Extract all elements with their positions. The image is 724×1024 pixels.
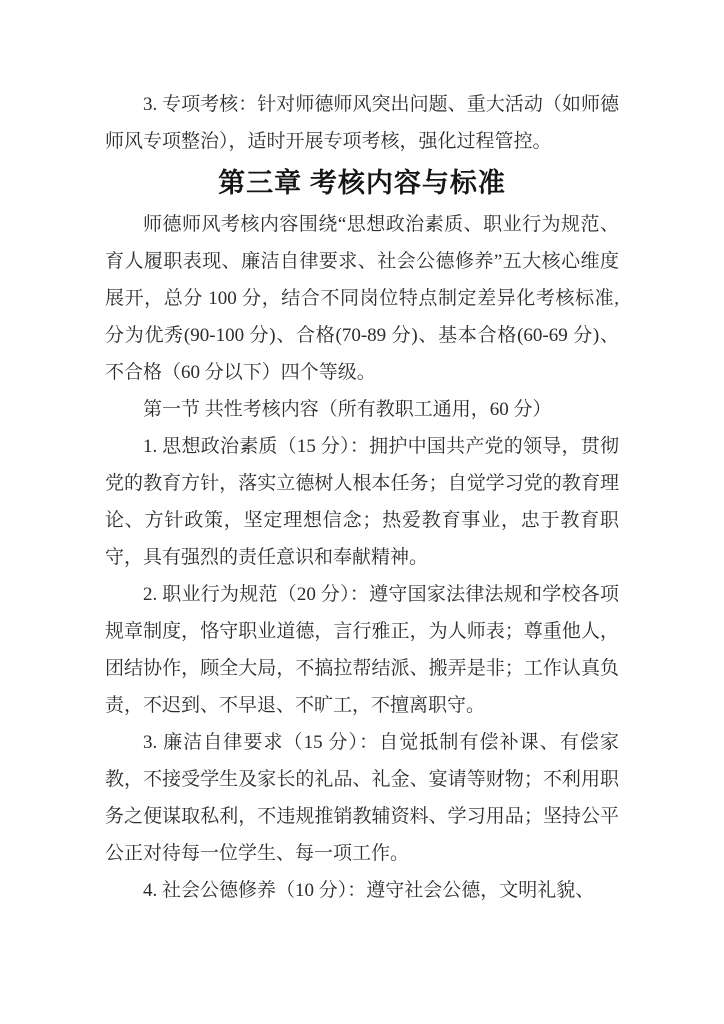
- body-paragraph: 3. 专项考核：针对师德师风突出问题、重大活动（如师德师风专项整治），适时开展专…: [105, 86, 619, 160]
- document-body: 3. 专项考核：针对师德师风突出问题、重大活动（如师德师风专项整治），适时开展专…: [105, 86, 619, 909]
- body-paragraph: 2. 职业行为规范（20 分）：遵守国家法律法规和学校各项规章制度，恪守职业道德…: [105, 576, 619, 724]
- body-paragraph: 3. 廉洁自律要求（15 分）：自觉抵制有偿补课、有偿家教，不接受学生及家长的礼…: [105, 724, 619, 872]
- chapter-heading: 第三章 考核内容与标准: [105, 160, 619, 206]
- document-page: 3. 专项考核：针对师德师风突出问题、重大活动（如师德师风专项整治），适时开展专…: [0, 0, 724, 1024]
- body-paragraph: 4. 社会公德修养（10 分）：遵守社会公德，文明礼貌、: [105, 872, 619, 909]
- body-paragraph: 1. 思想政治素质（15 分）：拥护中国共产党的领导，贯彻党的教育方针，落实立德…: [105, 428, 619, 576]
- section-heading: 第一节 共性考核内容（所有教职工通用，60 分）: [105, 391, 619, 428]
- body-paragraph: 师德师风考核内容围绕“思想政治素质、职业行为规范、育人履职表现、廉洁自律要求、社…: [105, 206, 619, 391]
